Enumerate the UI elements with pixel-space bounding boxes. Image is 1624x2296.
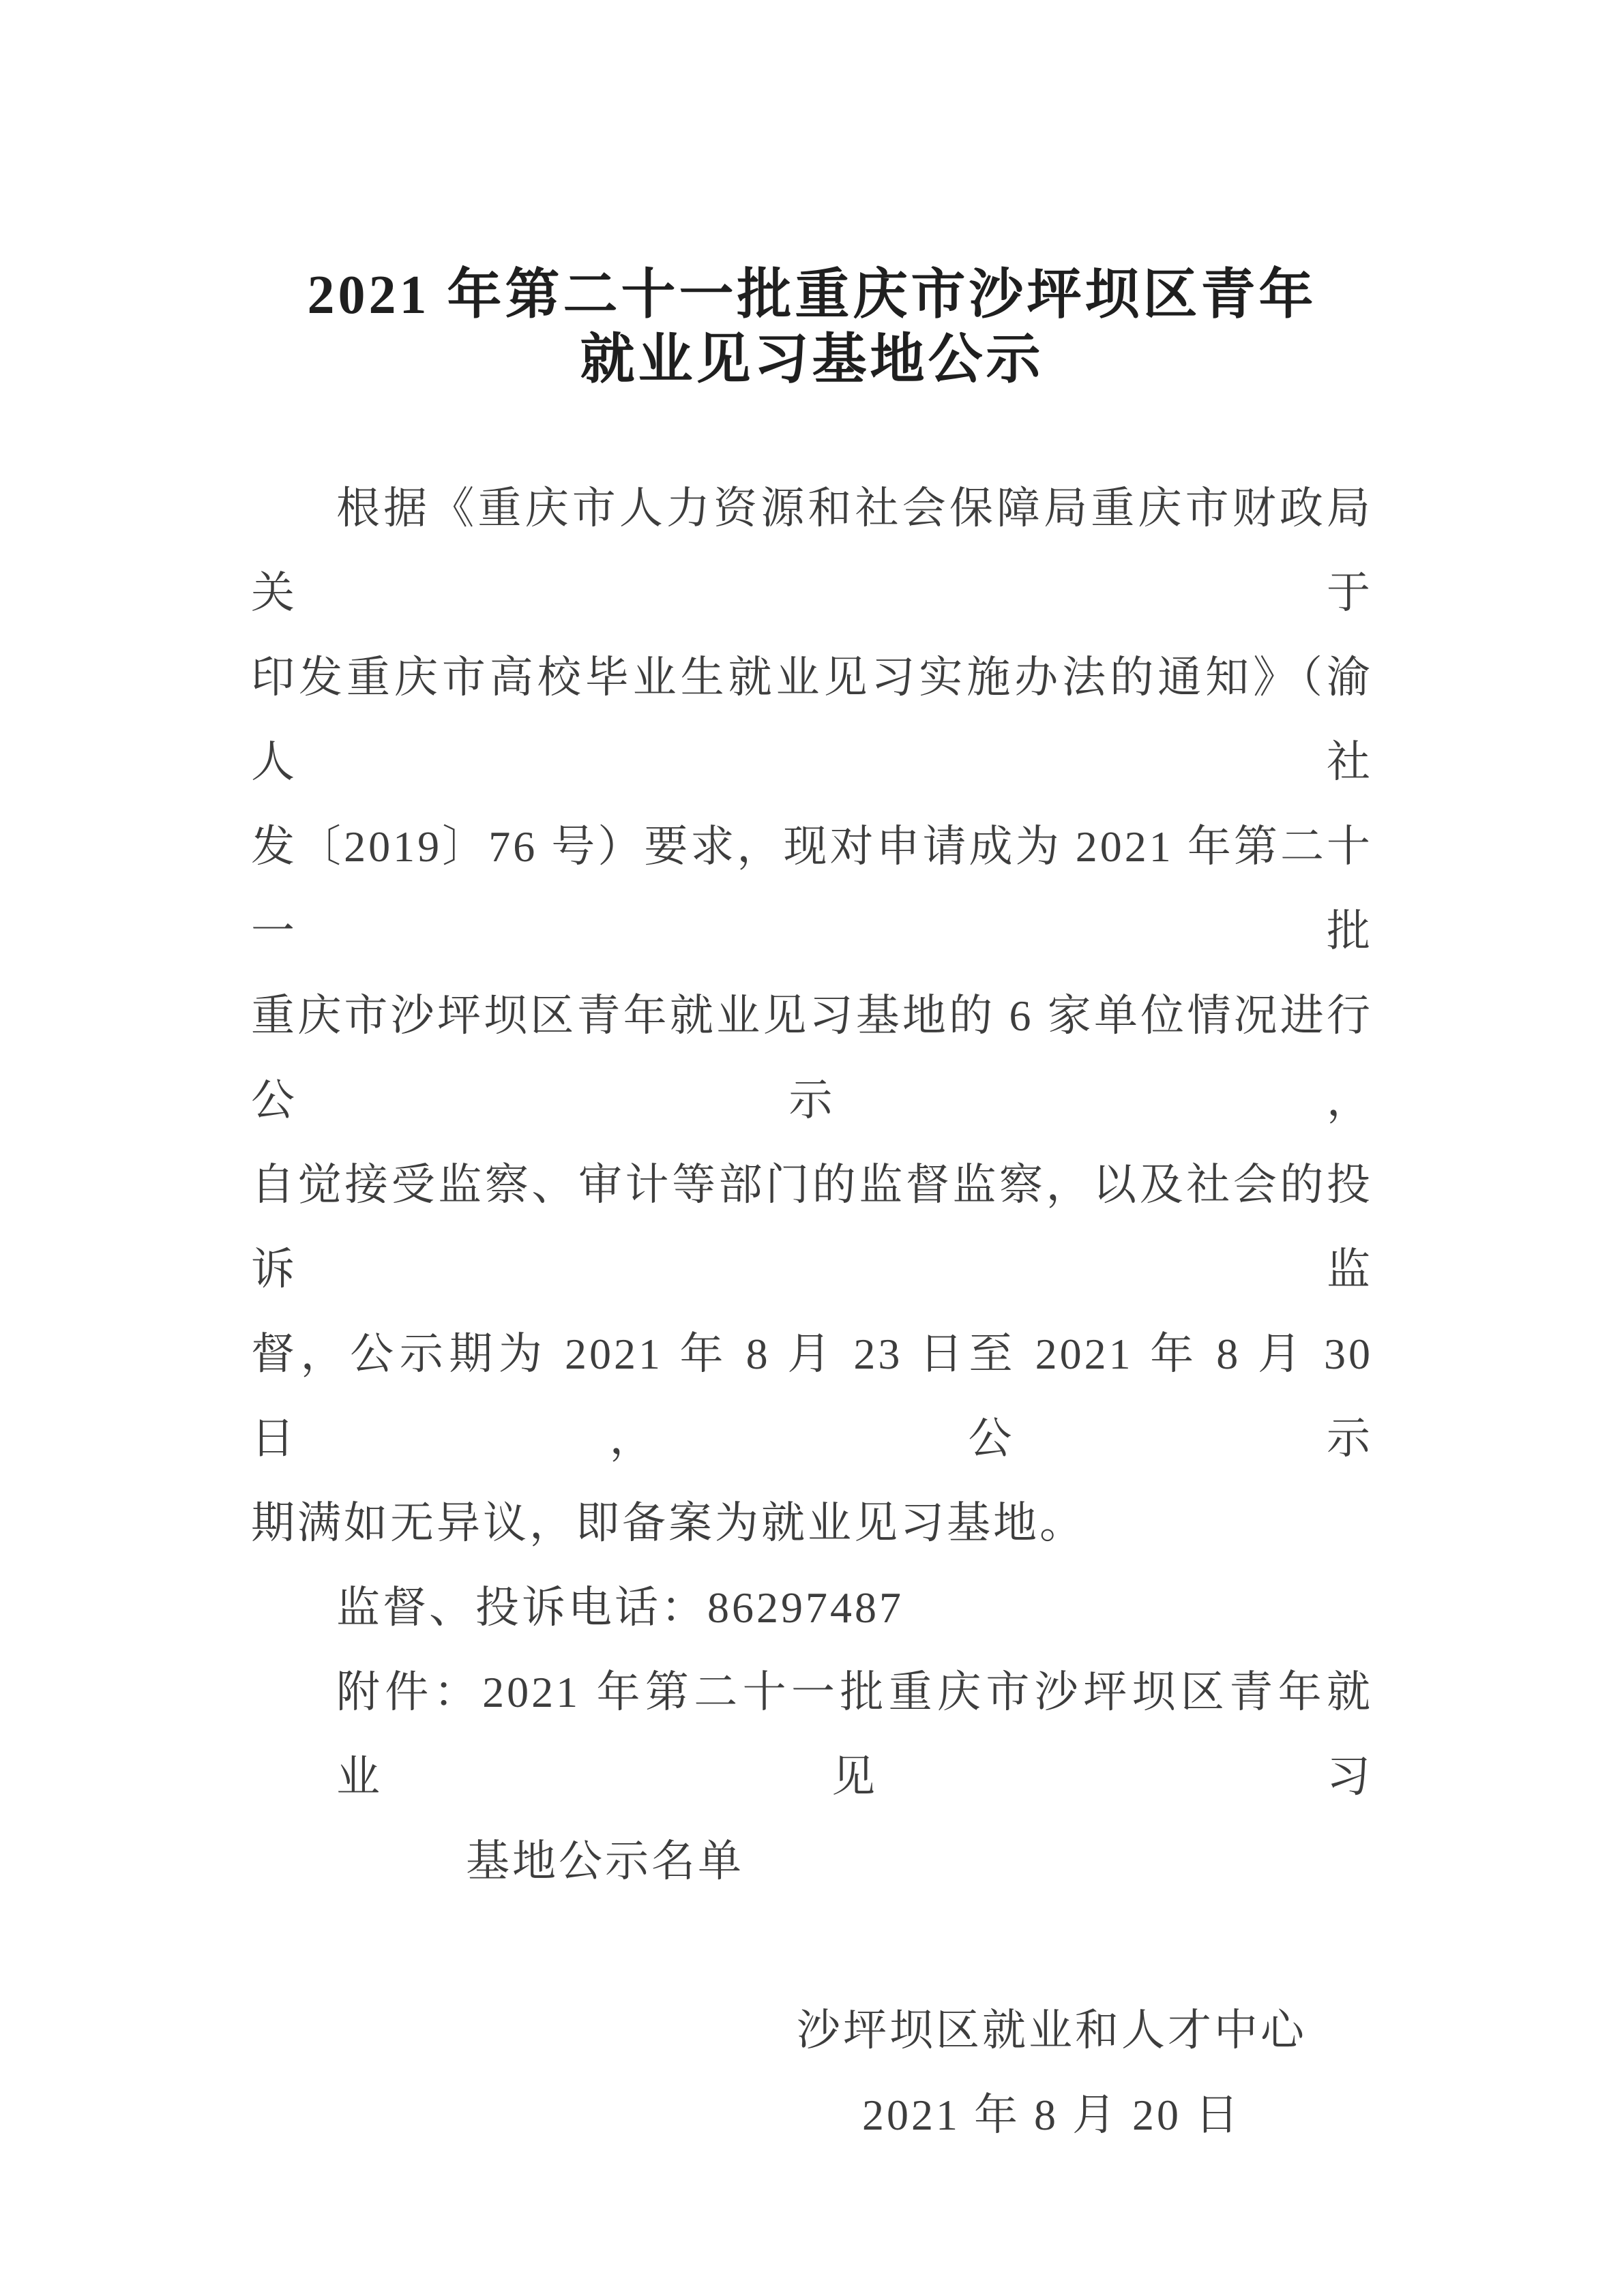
document-title-line-1: 2021 年第二十一批重庆市沙坪坝区青年: [251, 263, 1373, 328]
body-paragraph-line: 期满如无异议，即备案为就业见习基地。: [251, 1481, 1373, 1566]
body-paragraph-line: 重庆市沙坪坝区青年就业见习基地的 6 家单位情况进行公示，: [251, 974, 1373, 1143]
body-paragraph-line: 印发重庆市高校毕业生就业见习实施办法的通知》（渝人社: [251, 636, 1373, 805]
issue-date: 2021 年 8 月 20 日: [730, 2073, 1373, 2158]
body-paragraph-line: 根据《重庆市人力资源和社会保障局重庆市财政局关于: [251, 466, 1373, 636]
document-title: 2021 年第二十一批重庆市沙坪坝区青年 就业见习基地公示: [251, 263, 1373, 393]
supervision-phone-line: 监督、投诉电话：86297487: [251, 1566, 1373, 1650]
attachment-line-2: 基地公示名单: [251, 1819, 1373, 1904]
document-body: 根据《重庆市人力资源和社会保障局重庆市财政局关于 印发重庆市高校毕业生就业见习实…: [251, 466, 1373, 2158]
body-paragraph-line: 自觉接受监察、审计等部门的监督监察，以及社会的投诉监: [251, 1143, 1373, 1312]
body-paragraph-line: 发〔2019〕76 号）要求，现对申请成为 2021 年第二十一批: [251, 805, 1373, 974]
attachment-line-1: 附件：2021 年第二十一批重庆市沙坪坝区青年就业见习: [251, 1650, 1373, 1819]
body-paragraph-line: 督，公示期为 2021 年 8 月 23 日至 2021 年 8 月 30 日，…: [251, 1312, 1373, 1481]
document-title-line-2: 就业见习基地公示: [251, 328, 1373, 393]
signature-block: 沙坪坝区就业和人才中心 2021 年 8 月 20 日: [730, 1988, 1373, 2158]
issuing-authority: 沙坪坝区就业和人才中心: [730, 1988, 1373, 2073]
document-page: 2021 年第二十一批重庆市沙坪坝区青年 就业见习基地公示 根据《重庆市人力资源…: [0, 0, 1624, 2296]
